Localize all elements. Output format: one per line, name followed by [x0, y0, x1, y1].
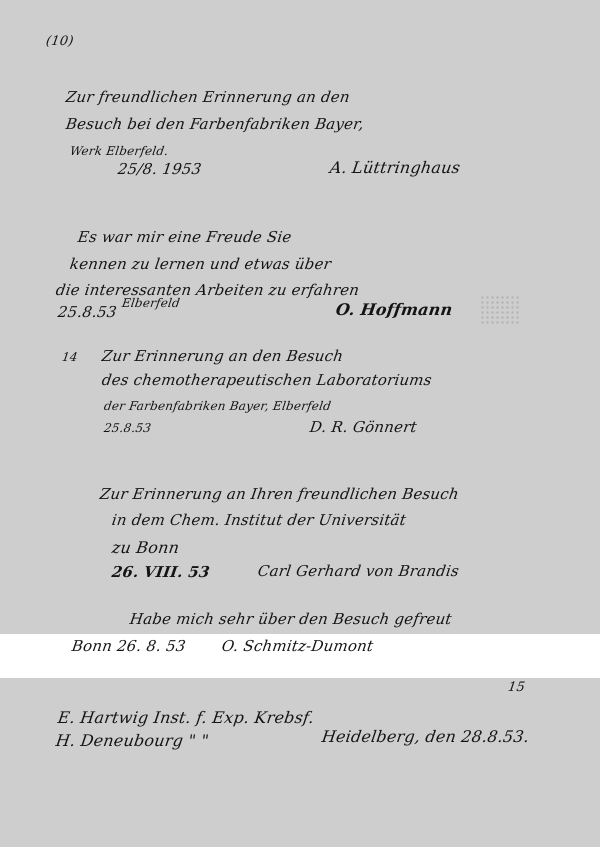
document-page: (10) Zur freundlichen Erinnerung an den …	[0, 0, 600, 847]
entry-3-date: 25.8.53	[103, 421, 152, 435]
entry-2-line-3: die interessanten Arbeiten zu erfahren	[55, 281, 361, 299]
scan-speckle	[480, 295, 520, 325]
entry-6-line-2: H. Deneubourg " "	[55, 731, 211, 750]
entry-2-date: 25.8.53	[57, 303, 118, 321]
entry-1-line-1: Zur freundlichen Erinnerung an den	[65, 88, 351, 106]
entry-4-date: 26. VIII. 53	[111, 563, 211, 581]
entry-4-line-3: zu Bonn	[111, 538, 181, 557]
entry-4-line-1: Zur Erinnerung an Ihren freundlichen Bes…	[99, 485, 460, 503]
entry-6-place-date: Heidelberg, den 28.8.53.	[321, 727, 531, 746]
entry-1-signature: A. Lüttringhaus	[329, 158, 462, 177]
entry-3-number: 14	[61, 350, 79, 364]
page-number-top: (10)	[45, 34, 75, 49]
entry-2-line-1: Es war mir eine Freude Sie	[77, 228, 293, 246]
entry-1-line-2: Besuch bei den Farbenfabriken Bayer,	[65, 115, 365, 133]
entry-5-signature: O. Schmitz-Dumont	[221, 637, 375, 655]
entry-5-line-1: Habe mich sehr über den Besuch gefreut	[129, 610, 453, 628]
entry-3-line-3: der Farbenfabriken Bayer, Elberfeld	[103, 399, 332, 413]
entry-3-line-1: Zur Erinnerung an den Besuch	[101, 347, 345, 365]
entry-1-date: 25/8. 1953	[117, 160, 203, 178]
entry-1-line-3: Werk Elberfeld.	[69, 144, 169, 158]
entry-3-line-2: des chemotherapeutischen Laboratoriums	[101, 371, 433, 389]
entry-6-line-1: E. Hartwig Inst. f. Exp. Krebsf.	[57, 708, 316, 727]
entry-4-line-2: in dem Chem. Institut der Universität	[111, 511, 408, 529]
entry-3-signature: D. R. Gönnert	[309, 418, 418, 436]
page-number-bottom: 15	[507, 680, 526, 695]
entry-2-place: Elberfeld	[121, 296, 181, 310]
entry-2-signature: O. Hoffmann	[335, 300, 454, 319]
entry-2-line-2: kennen zu lernen und etwas über	[69, 255, 333, 273]
entry-5-place-date: Bonn 26. 8. 53	[71, 637, 187, 655]
entry-4-signature: Carl Gerhard von Brandis	[257, 562, 460, 580]
